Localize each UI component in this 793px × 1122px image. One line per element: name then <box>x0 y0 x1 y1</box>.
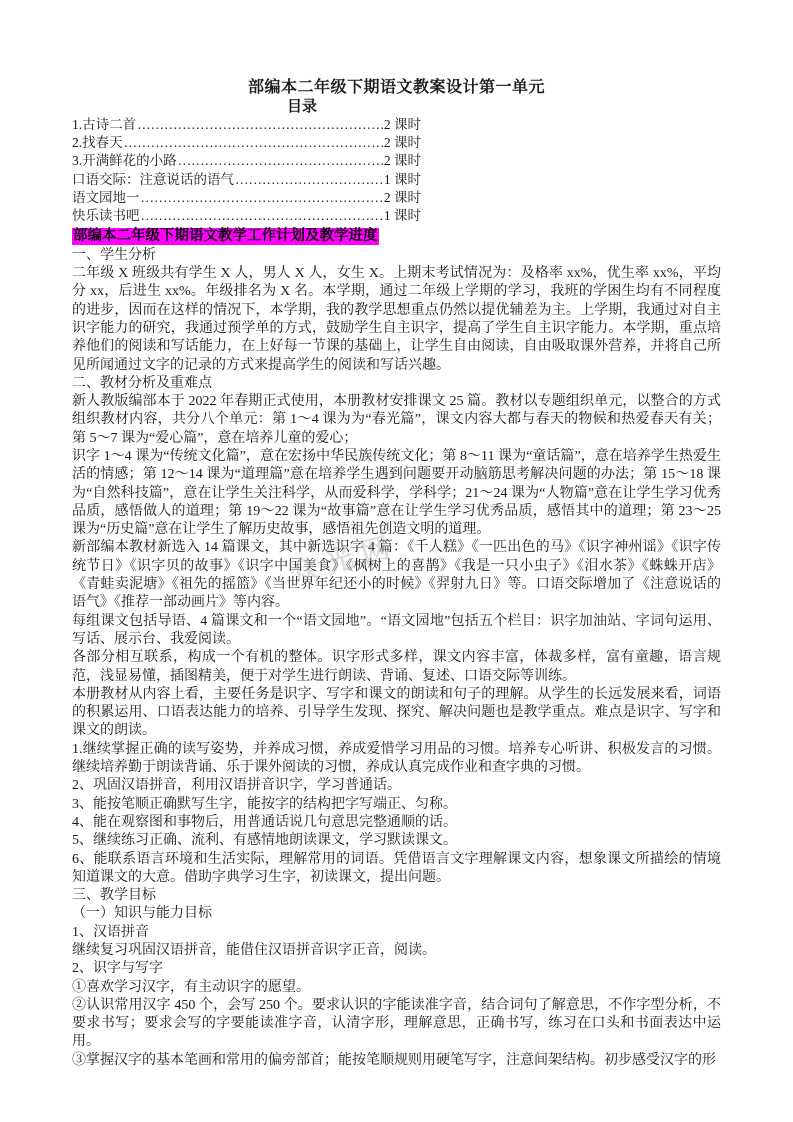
paragraph: ①喜欢学习汉字，有主动识字的愿望。 <box>72 979 721 997</box>
toc-item-duration: 1 课时 <box>384 207 421 225</box>
paragraph: 新人教版编部本于 2022 年春期正式使用，本册教材安排课文 25 篇。教材以专… <box>72 393 721 448</box>
paragraph: 1.继续掌握正确的读写姿势，并养成习惯，养成爱惜学习用品的习惯。培养专心听讲、积… <box>72 741 721 778</box>
paragraph: 3、能按笔顺正确默写生字，能按字的结构把字写端正、匀称。 <box>72 796 721 814</box>
paragraph: 4、能在观察图和事物后，用普通话说几句意思完整通顺的话。 <box>72 814 721 832</box>
toc-row: 1.古诗二首 ………………………………………………………………………………………… <box>72 116 421 134</box>
toc-item-duration: 2 课时 <box>384 116 421 134</box>
toc-item-label: 2.找春天 <box>72 134 123 152</box>
paragraph: 一、学生分析 <box>72 247 721 265</box>
toc-row: 快乐读书吧 …………………………………………………………………………………………… <box>72 207 421 225</box>
toc-item-duration: 2 课时 <box>384 152 421 170</box>
toc-item-label: 口语交际：注意说话的语气 <box>72 171 234 189</box>
toc-row: 3.开满鲜花的小路 ………………………………………………………………………………… <box>72 152 421 170</box>
toc-row: 口语交际：注意说话的语气 ………………………………………………………………………… <box>72 171 421 189</box>
toc-item-label: 快乐读书吧 <box>72 207 140 225</box>
toc-title: 目录 <box>72 98 532 116</box>
paragraph: 1、汉语拼音 <box>72 924 721 942</box>
paragraph: 二、教材分析及重难点 <box>72 375 721 393</box>
toc: 1.古诗二首 ………………………………………………………………………………………… <box>72 116 421 225</box>
toc-leader-dots: ……………………………………………………………………………………………… <box>177 152 384 170</box>
paragraph: 本册教材从内容上看，主要任务是识字、写字和课文的朗读和句子的理解。从学生的长远发… <box>72 686 721 741</box>
document-body: 一、学生分析二年级 X 班级共有学生 X 人，男人 X 人，女生 X。上期末考试… <box>72 247 721 1070</box>
toc-leader-dots: ……………………………………………………………………………………………… <box>136 116 384 134</box>
toc-leader-dots: ……………………………………………………………………………………………… <box>140 189 384 207</box>
document-page: 部编本二年级下期语文教案设计第一单元 目录 1.古诗二首 ……………………………… <box>0 0 793 1122</box>
paragraph: 5、继续练习正确、流利、有感情地朗读课文，学习默读课文。 <box>72 832 721 850</box>
toc-item-label: 语文园地一 <box>72 189 140 207</box>
paragraph: （一）知识与能力目标 <box>72 905 721 923</box>
toc-item-label: 3.开满鲜花的小路 <box>72 152 177 170</box>
paragraph: 三、教学目标 <box>72 887 721 905</box>
highlight-row: 部编本二年级下期语文教学工作计划及教学进度 <box>72 227 721 245</box>
toc-leader-dots: ……………………………………………………………………………………………… <box>140 207 384 225</box>
paragraph: ②认识常用汉字 450 个，会写 250 个。要求认识的字能读准字音，结合词句了… <box>72 997 721 1052</box>
toc-leader-dots: ……………………………………………………………………………………………… <box>123 134 384 152</box>
toc-row: 语文园地一 …………………………………………………………………………………………… <box>72 189 421 207</box>
paragraph: 6、能联系语言环境和生活实际，理解常用的词语。凭借语言文字理解课文内容，想象课文… <box>72 851 721 888</box>
toc-item-duration: 1 课时 <box>384 171 421 189</box>
paragraph: 新部编本教材新选入 14 篇课文，其中新选识字 4 篇：《千人糕》《一匹出色的马… <box>72 539 721 612</box>
toc-item-label: 1.古诗二首 <box>72 116 136 134</box>
paragraph: ③掌握汉字的基本笔画和常用的偏旁部首；能按笔顺规则用硬笔写字，注意间架结构。初步… <box>72 1052 721 1070</box>
document-title: 部编本二年级下期语文教案设计第一单元 <box>72 78 721 98</box>
paragraph: 各部分相互联系，构成一个有机的整体。识字形式多样，课文内容丰富，体裁多样，富有童… <box>72 649 721 686</box>
paragraph: 继续复习巩固汉语拼音，能借住汉语拼音识字正音，阅读。 <box>72 942 721 960</box>
toc-item-duration: 2 课时 <box>384 189 421 207</box>
toc-item-duration: 2 课时 <box>384 134 421 152</box>
toc-leader-dots: ……………………………………………………………………………………………… <box>234 171 384 189</box>
toc-row: 2.找春天 …………………………………………………………………………………………… <box>72 134 421 152</box>
paragraph: 二年级 X 班级共有学生 X 人，男人 X 人，女生 X。上期末考试情况为：及格… <box>72 265 721 375</box>
paragraph: 识字 1～4 课为“传统文化篇”，意在宏扬中华民族传统文化；第 8～11 课为“… <box>72 448 721 539</box>
highlighted-heading: 部编本二年级下期语文教学工作计划及教学进度 <box>72 228 379 245</box>
paragraph: 2、巩固汉语拼音，利用汉语拼音识字，学习普通话。 <box>72 777 721 795</box>
paragraph: 每组课文包括导语、4 篇课文和一个“语文园地”。“语文园地”包括五个栏目：识字加… <box>72 613 721 650</box>
paragraph: 2、识字与写字 <box>72 960 721 978</box>
